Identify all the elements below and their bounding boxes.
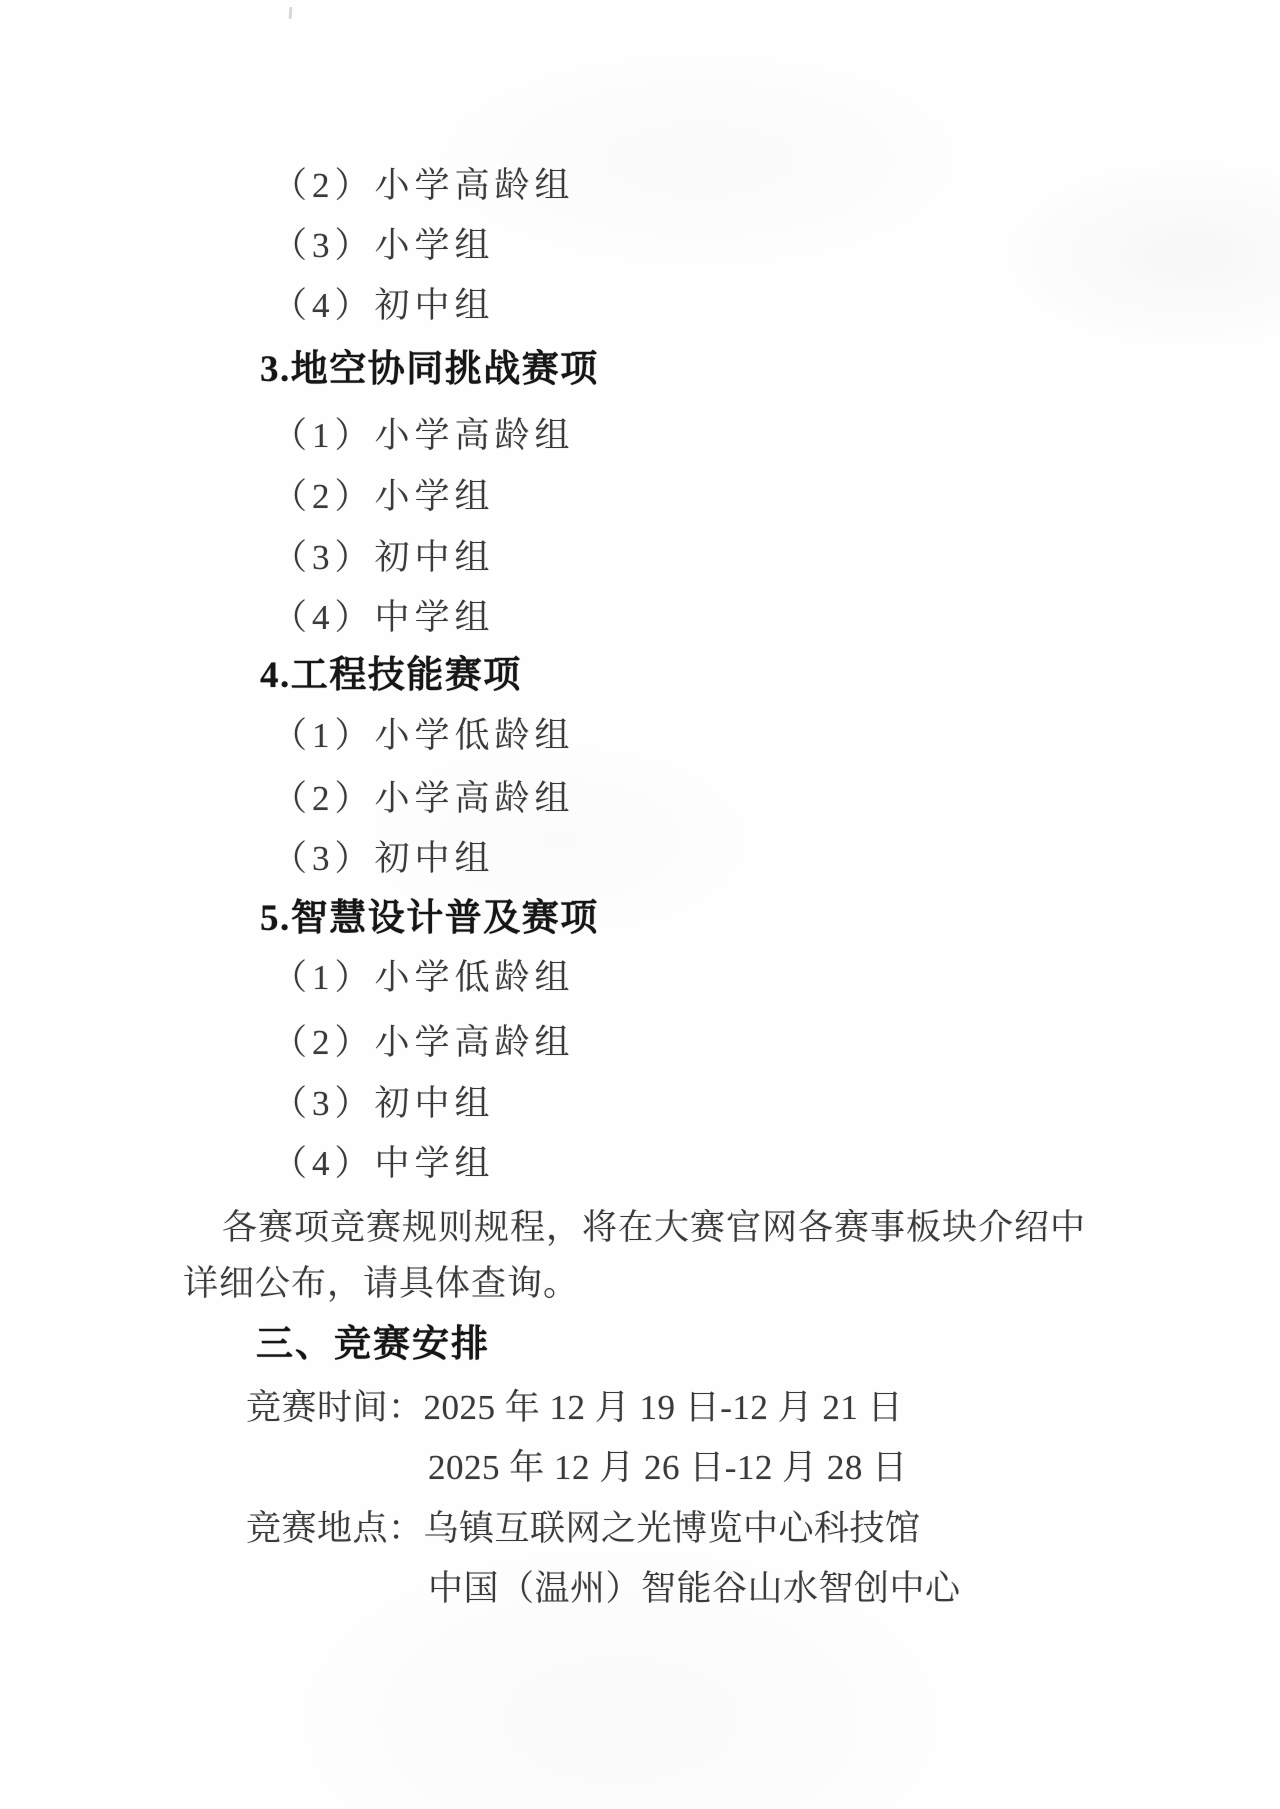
group-item: （2）小学高龄组 <box>272 1022 575 1064</box>
event-title: 3.地空协同挑战赛项 <box>260 348 599 392</box>
group-item: （4）中学组 <box>272 1143 495 1185</box>
competition-time-line-1: 竞赛时间：2025 年 12 月 19 日-12 月 21 日 <box>246 1387 903 1429</box>
competition-venue-line-1: 竞赛地点：乌镇互联网之光博览中心科技馆 <box>246 1508 921 1550</box>
group-item: （4）中学组 <box>272 597 495 639</box>
event-title: 5.智慧设计普及赛项 <box>260 897 599 941</box>
group-item: （1）小学低龄组 <box>272 715 575 757</box>
group-item: （3）小学组 <box>272 225 495 267</box>
group-item: （3）初中组 <box>272 537 495 579</box>
group-item: （2）小学高龄组 <box>272 778 575 820</box>
section-heading-competition-schedule: 三、竞赛安排 <box>256 1323 490 1367</box>
rules-note-line-2: 详细公布，请具体查询。 <box>183 1263 579 1305</box>
group-item: （4）初中组 <box>272 285 495 327</box>
group-item: （2）小学组 <box>272 476 495 518</box>
scan-artifact-mark <box>289 7 293 19</box>
document-page: （2）小学高龄组 （3）小学组 （4）初中组 3.地空协同挑战赛项 （1）小学高… <box>0 0 1280 1809</box>
rules-note-line-1: 各赛项竞赛规则规程，将在大赛官网各赛事板块介绍中 <box>222 1207 1086 1249</box>
group-item: （2）小学高龄组 <box>272 165 575 207</box>
event-title: 4.工程技能赛项 <box>260 654 522 698</box>
group-item: （1）小学低龄组 <box>272 957 575 999</box>
group-item: （1）小学高龄组 <box>272 415 575 457</box>
group-item: （3）初中组 <box>272 838 495 880</box>
competition-venue-line-2: 中国（温州）智能谷山水智创中心 <box>428 1568 961 1610</box>
group-item: （3）初中组 <box>272 1083 495 1125</box>
competition-time-line-2: 2025 年 12 月 26 日-12 月 28 日 <box>428 1447 908 1489</box>
